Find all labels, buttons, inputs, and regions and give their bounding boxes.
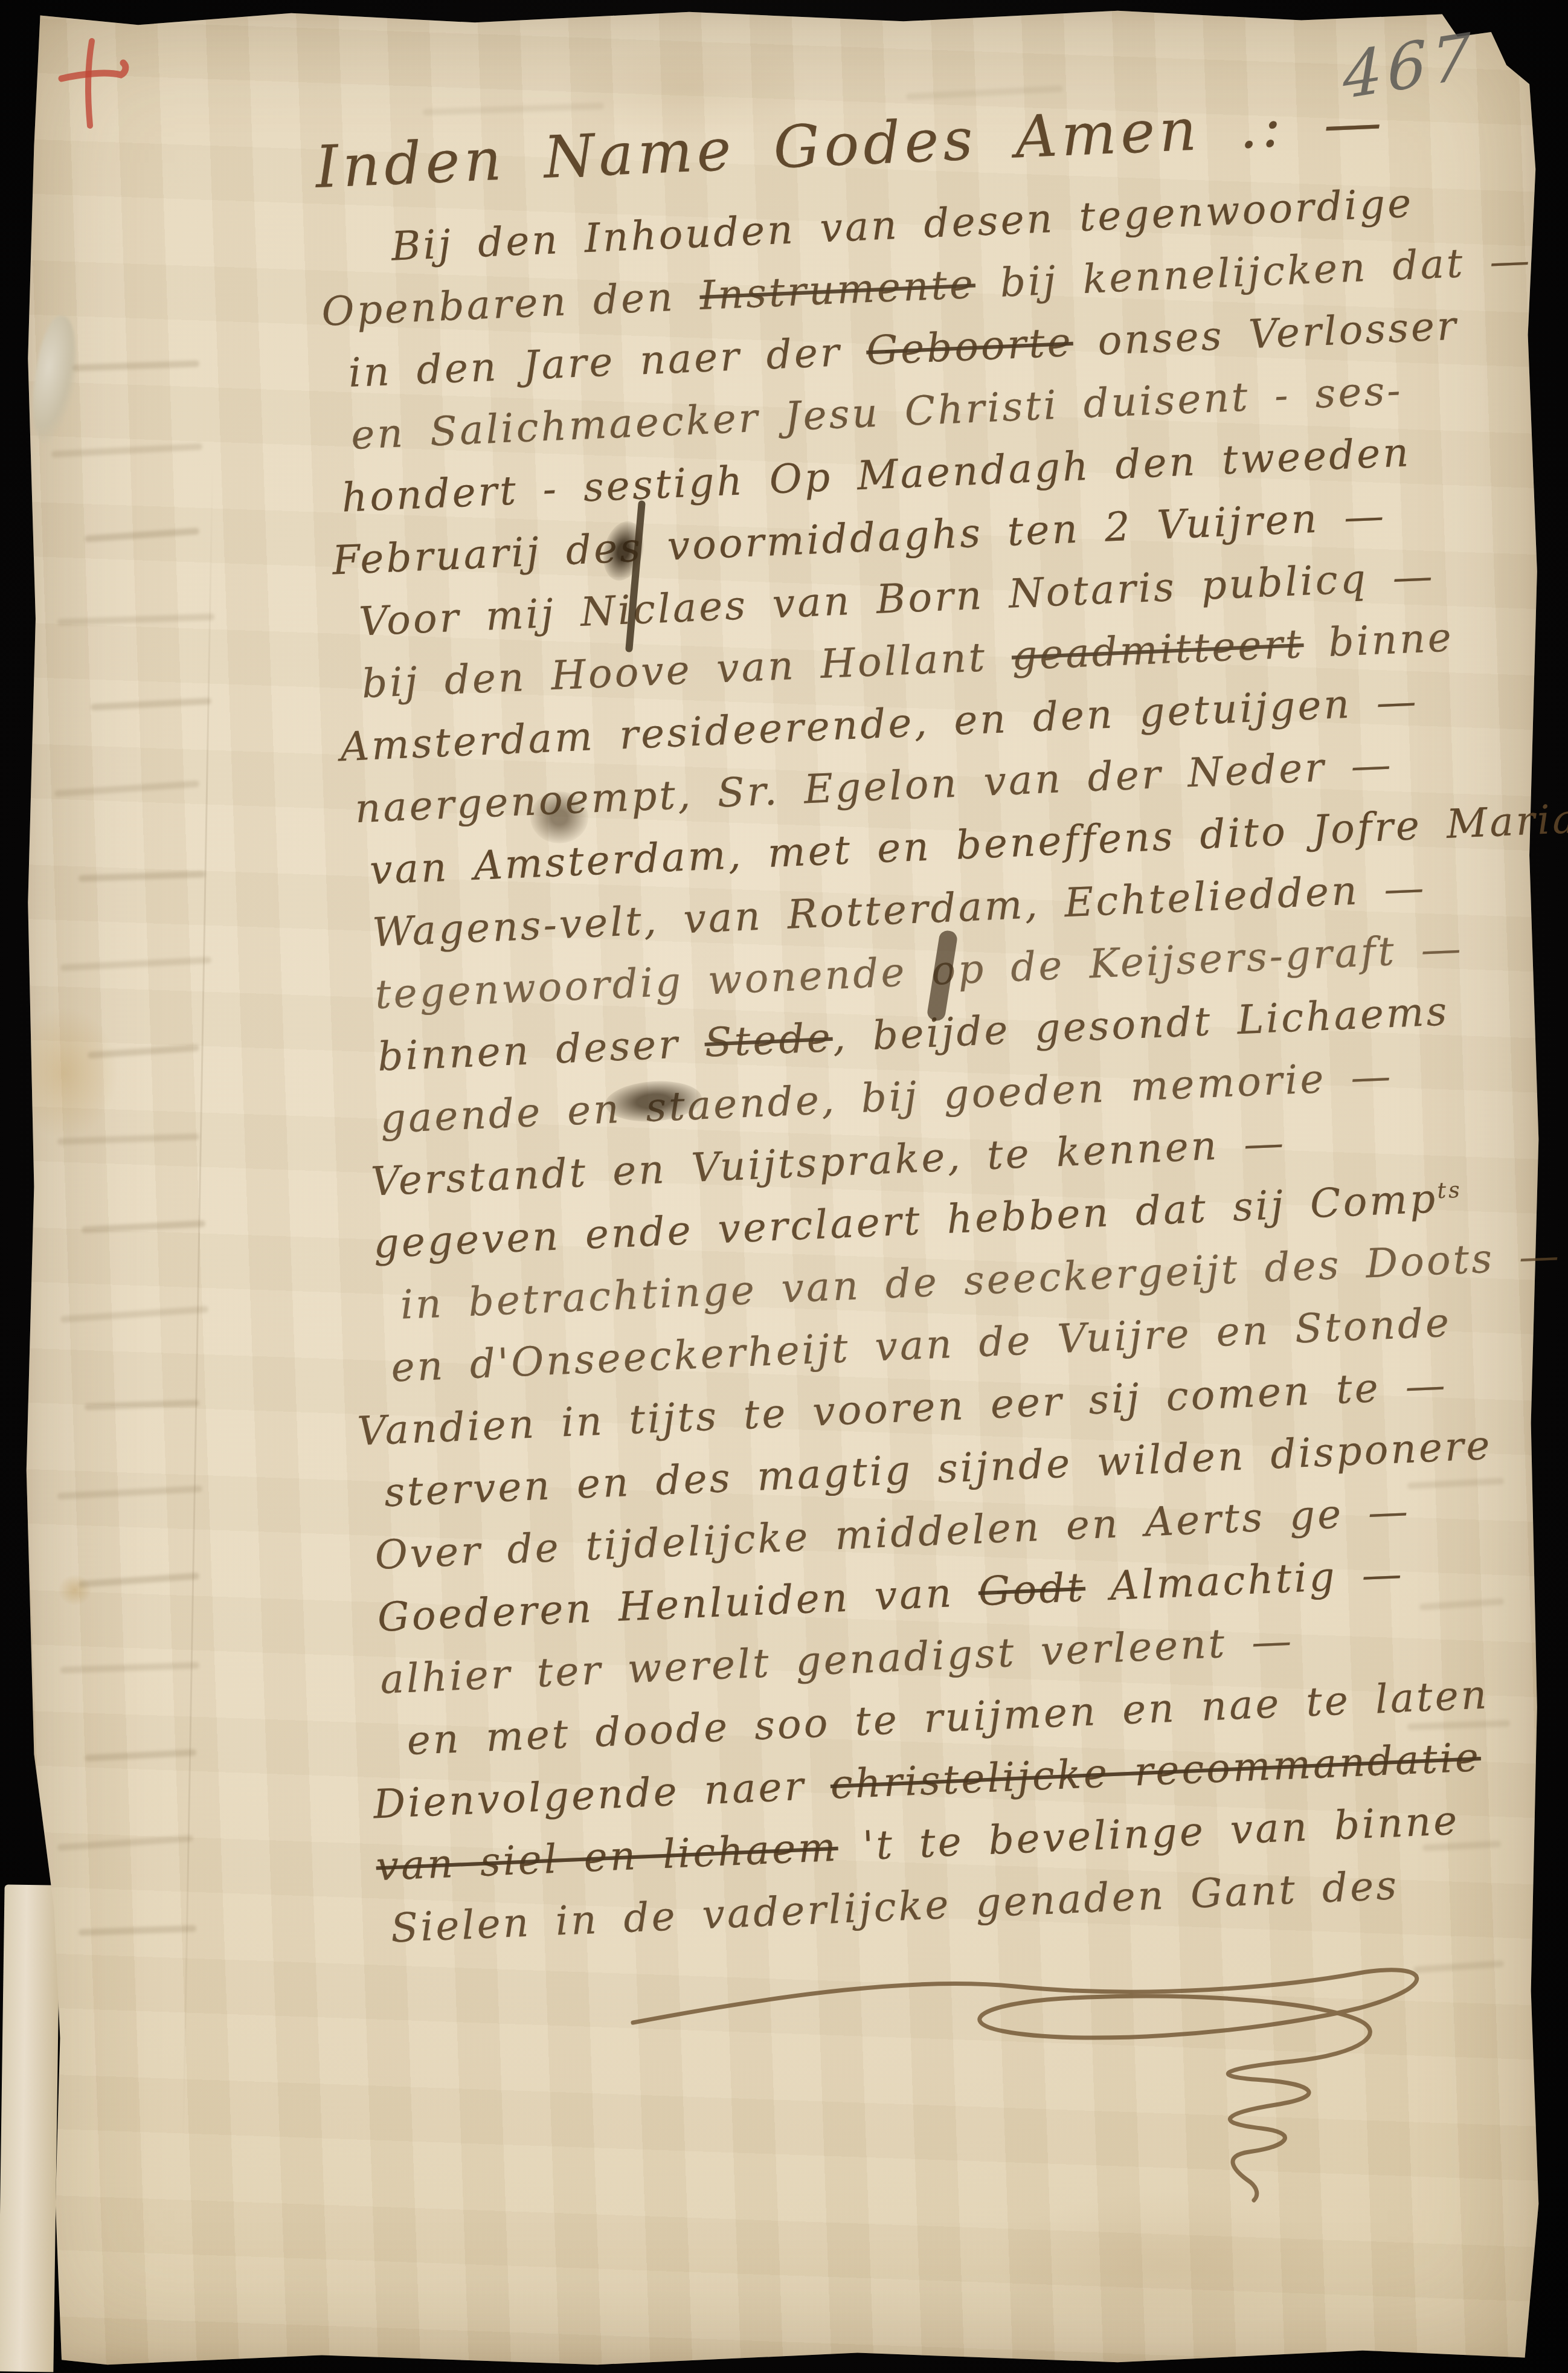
pen-flourish [628, 1951, 1486, 2211]
stain-left-edge [10, 1006, 118, 1139]
scanned-manuscript-screenshot: 467 Inden Name Godes Amen .: — Bij den I… [0, 0, 1568, 2373]
stain-small-left [58, 1574, 92, 1606]
document-body-text: Bij den Inhouden van desen tegenwoordige… [306, 174, 1568, 1968]
line-text: ts [1436, 1177, 1462, 1204]
red-chalk-cross-mark [56, 35, 134, 138]
struck-text: Stede [704, 1014, 834, 1066]
vertical-crease [182, 463, 214, 2154]
stain-bottom-right [994, 2191, 1332, 2336]
struck-text: Geboorte [866, 319, 1075, 375]
line-text: Openbaren den [321, 272, 701, 335]
document-text-block: Inden Name Godes Amen .: — Bij den Inhou… [302, 81, 1568, 1968]
struck-text: Godt [977, 1564, 1086, 1615]
line-text: binne [1303, 614, 1454, 667]
underlying-page-edges [0, 1884, 60, 2372]
